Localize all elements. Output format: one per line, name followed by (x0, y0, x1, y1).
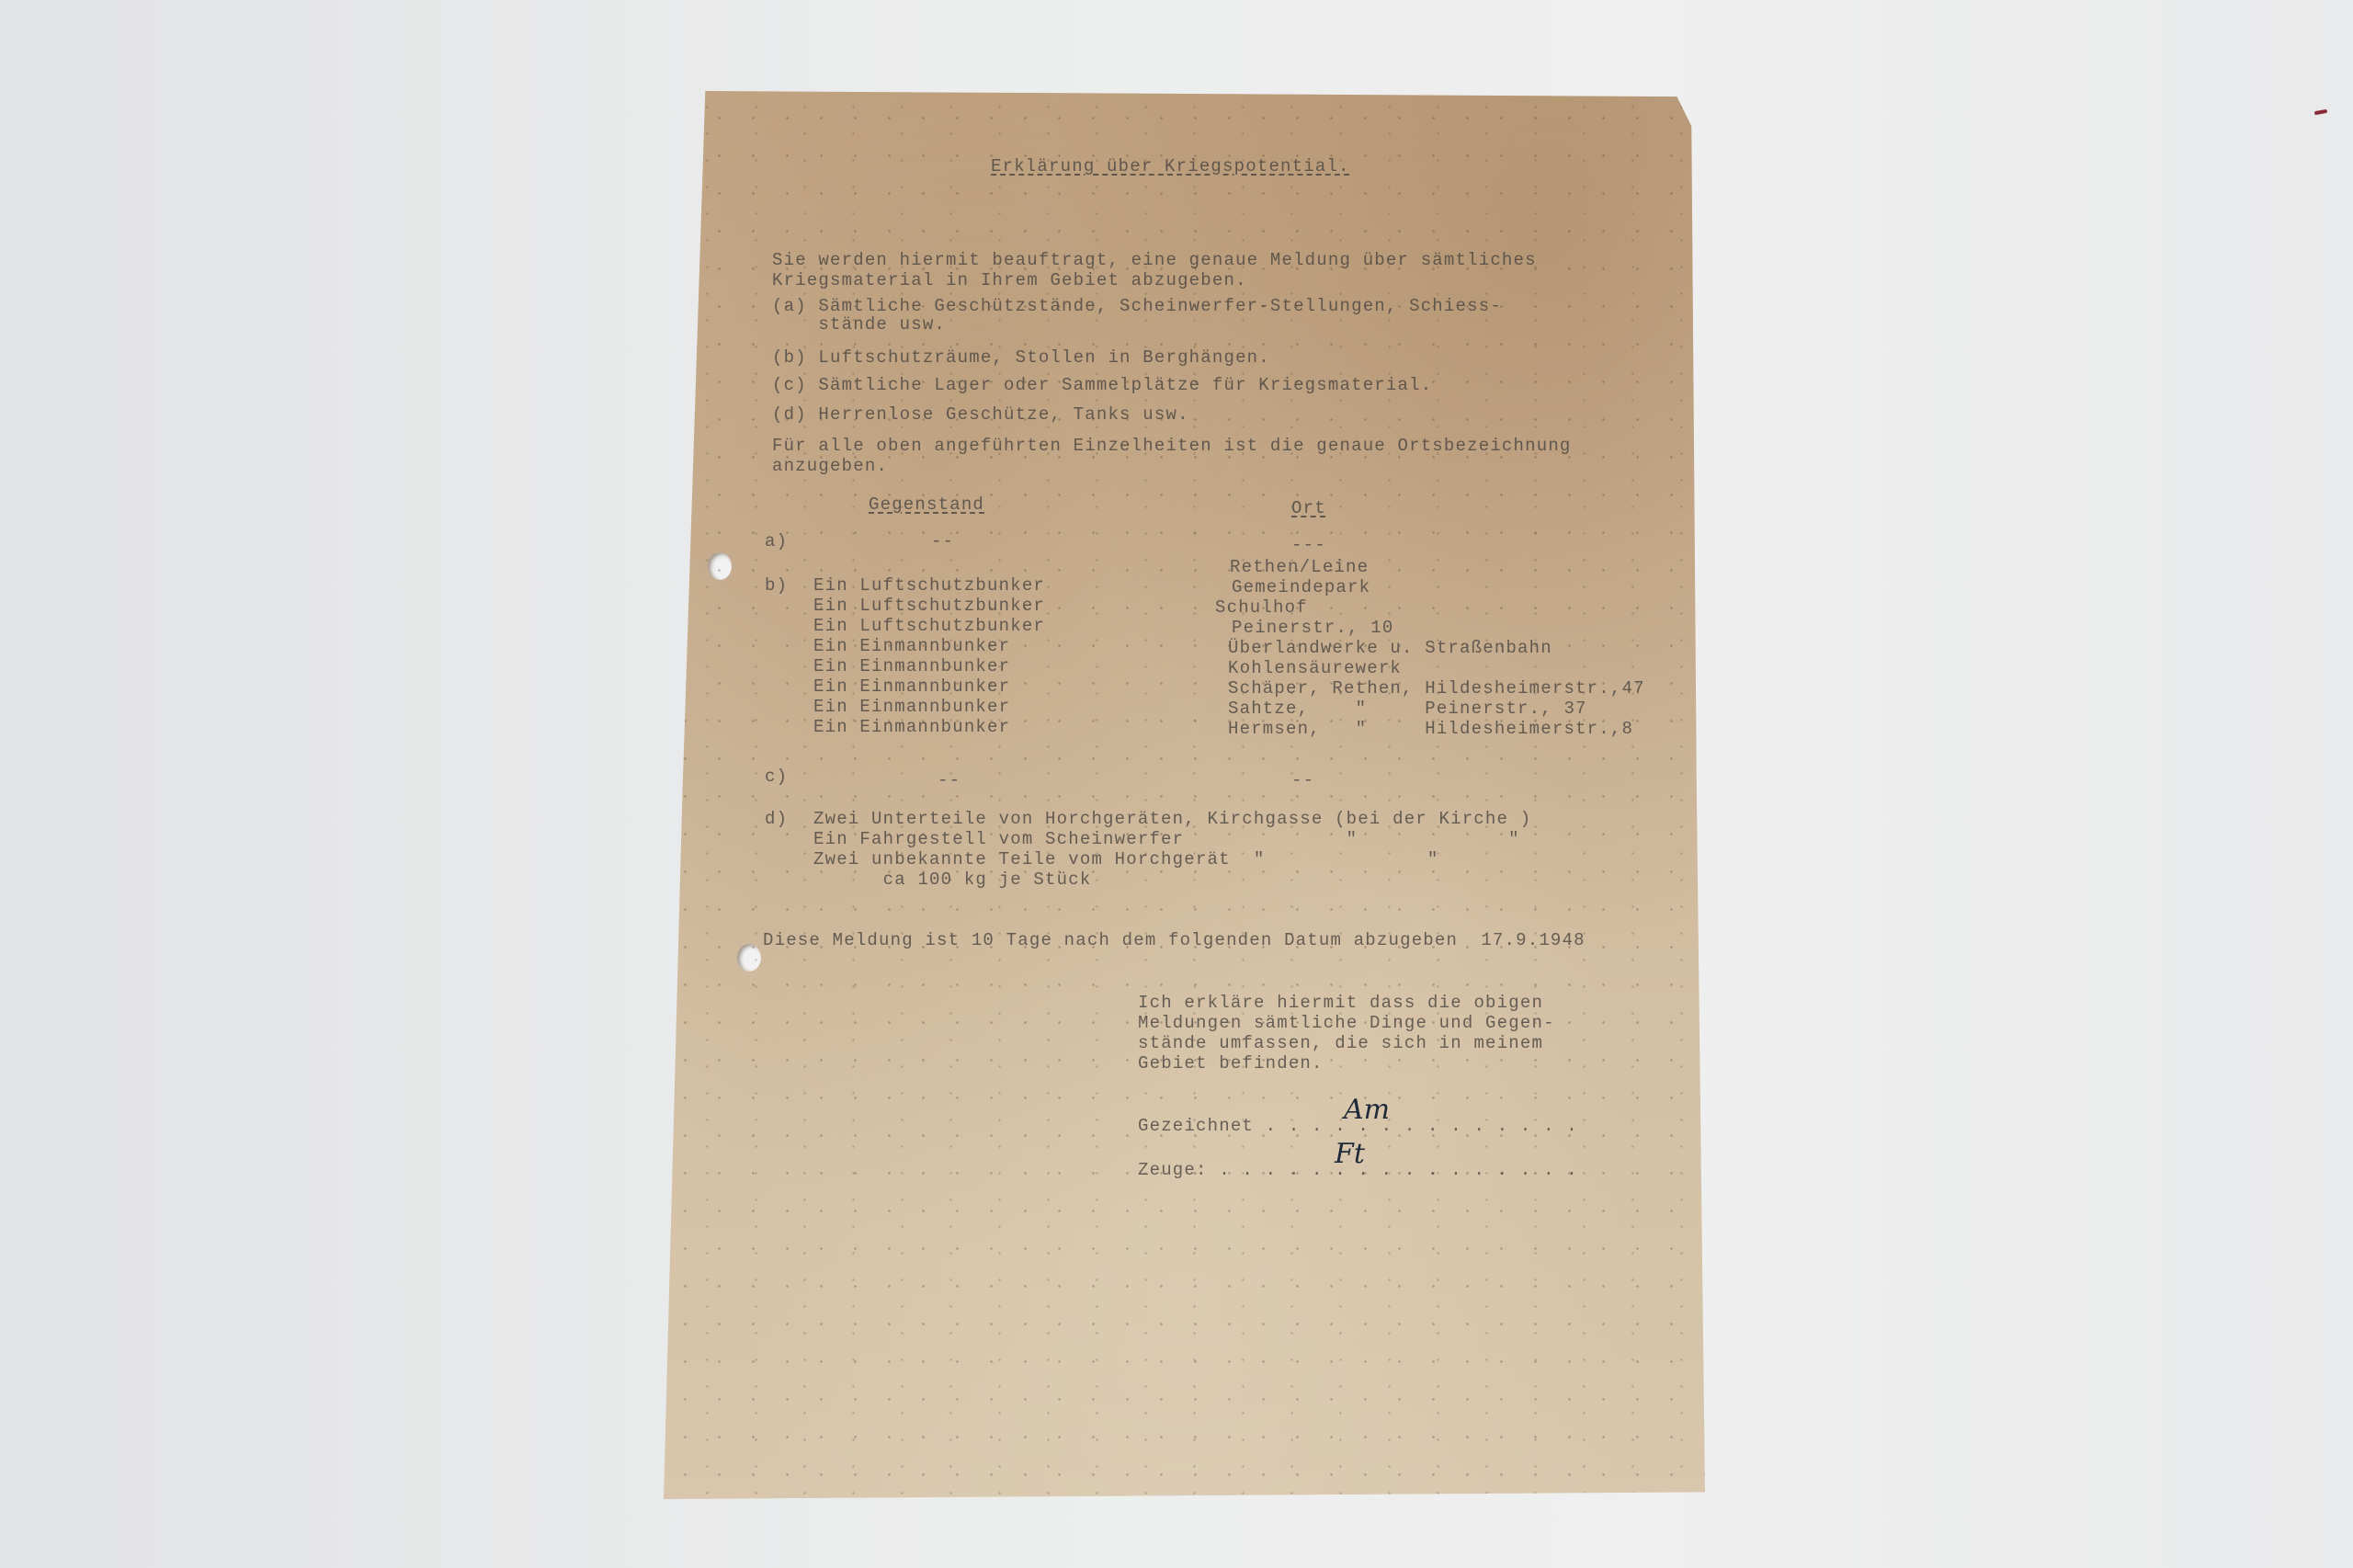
item-c: (c) Sämtliche Lager oder Sammelplätze fü… (772, 375, 1432, 395)
section-b-place-heading: Rethen/Leine (1230, 557, 1369, 577)
table-row-item: Ein Einmannbunker (813, 676, 1010, 697)
instruction-line-1: Für alle oben angeführten Einzelheiten i… (772, 436, 1572, 456)
item-a-line-1: (a) Sämtliche Geschützstände, Scheinwerf… (772, 296, 1502, 316)
deadline-text: Diese Meldung ist 10 Tage nach dem folge… (763, 930, 1586, 950)
item-b: (b) Luftschutzräume, Stollen in Berghäng… (772, 347, 1270, 368)
table-row-item: Ein Luftschutzbunker (813, 575, 1045, 596)
intro-line-2: Kriegsmaterial in Ihrem Gebiet abzugeben… (772, 270, 1247, 290)
declaration-line-1: Ich erkläre hiermit dass die obigen (1138, 993, 1543, 1013)
item-d: (d) Herrenlose Geschütze, Tanks usw. (772, 404, 1189, 425)
table-row-item: Ein Einmannbunker (813, 656, 1010, 676)
intro-line-1: Sie werden hiermit beauftragt, eine gena… (772, 250, 1537, 270)
item-a-line-2: stände usw. (772, 314, 946, 335)
section-b-label: b) (765, 575, 788, 596)
table-row-item: Ein Einmannbunker (813, 636, 1010, 656)
table-row-place: Schulhof (1215, 597, 1308, 618)
section-a-label: a) (765, 531, 788, 551)
punch-hole-top (708, 552, 732, 580)
section-a-item: -- (931, 531, 954, 551)
section-a-place: --- (1291, 535, 1326, 555)
section-d-line-4: ca 100 kg je Stück (813, 869, 1091, 890)
table-row-item: Ein Luftschutzbunker (813, 616, 1045, 636)
section-c-label: c) (765, 767, 788, 787)
table-header-item: Gegenstand (869, 494, 984, 515)
background-mark (2314, 109, 2327, 115)
section-c-place: -- (1291, 770, 1314, 790)
table-row-item: Ein Luftschutzbunker (813, 596, 1045, 616)
section-d-line-3: Zwei unbekannte Teile vom Horchgerät " " (813, 849, 1439, 869)
table-row-item: Ein Einmannbunker (813, 717, 1010, 737)
declaration-line-3: stände umfassen, die sich in meinem (1138, 1033, 1543, 1053)
section-d-line-2: Ein Fahrgestell vom Scheinwerfer " " (813, 829, 1520, 849)
section-c-item: -- (938, 770, 961, 790)
table-row-place: Peinerstr., 10 (1232, 618, 1393, 638)
table-header-place: Ort (1291, 498, 1326, 518)
table-row-place: Schäper, Rethen, Hildesheimerstr.,47 (1228, 678, 1645, 699)
instruction-line-2: anzugeben. (772, 456, 888, 476)
section-d-line-1: Zwei Unterteile von Horchgeräten, Kirchg… (813, 809, 1531, 829)
section-d-label: d) (765, 809, 788, 829)
table-row-place: Hermsen, " Hildesheimerstr.,8 (1228, 719, 1633, 739)
table-row-place: Kohlensäurewerk (1228, 658, 1402, 678)
punch-hole-bottom (737, 944, 761, 971)
witness-signature: Ft (1335, 1138, 1365, 1170)
table-row-place: Gemeindepark (1232, 577, 1370, 597)
document-title: Erklärung über Kriegspotential. (991, 156, 1350, 176)
table-row-place: Sahtze, " Peinerstr., 37 (1228, 699, 1587, 719)
signature: Am (1344, 1094, 1390, 1126)
table-row-item: Ein Einmannbunker (813, 697, 1010, 717)
table-row-place: Überlandwerke u. Straßenbahn (1228, 638, 1552, 658)
declaration-line-4: Gebiet befinden. (1138, 1053, 1324, 1074)
declaration-line-2: Meldungen sämtliche Dinge und Gegen- (1138, 1013, 1555, 1033)
